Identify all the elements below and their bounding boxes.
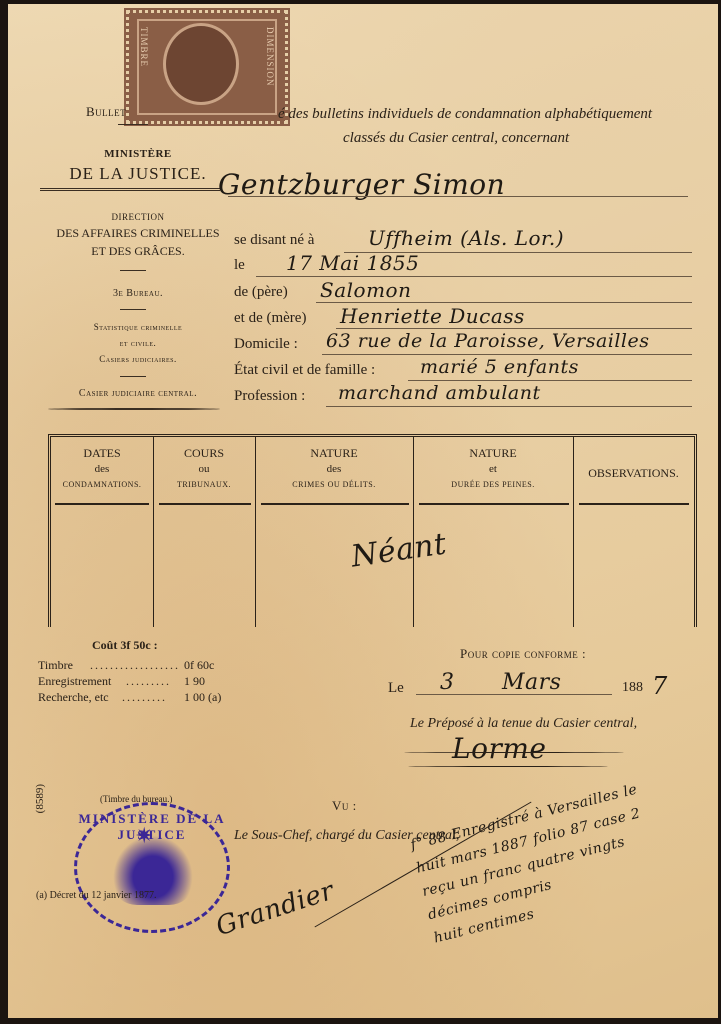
certification-year-suffix: 7 xyxy=(652,672,668,700)
direction-label: DIRECTION xyxy=(38,212,238,222)
field-domicile-label: Domicile : xyxy=(234,336,298,353)
header-title-line2: classés du Casier central, concernant xyxy=(343,130,569,147)
certification-officer: Le Préposé à la tenue du Casier central, xyxy=(410,716,637,732)
field-birthplace-label: se disant né à xyxy=(234,232,314,249)
field-domicile-value: 63 rue de la Paroisse, Versailles xyxy=(326,330,650,352)
field-civil-status-value: marié 5 enfants xyxy=(420,356,579,378)
stat-line3: Casiers judiciaires. xyxy=(38,354,238,364)
cost-item-stamp-label: Timbre xyxy=(38,658,73,673)
direction-line2: ET DES GRÂCES. xyxy=(30,244,246,259)
field-birthplace-value: Uffheim (Als. Lor.) xyxy=(368,226,564,250)
cost-item-search-value: 1 00 (a) xyxy=(184,690,221,705)
field-birthdate-value: 17 Mai 1855 xyxy=(286,251,419,275)
direction-line1: DES AFFAIRES CRIMINELLES xyxy=(30,226,246,241)
col-header-dates: DATESdesCONDAMNATIONS. xyxy=(51,445,153,493)
bureau-label: 3e Bureau. xyxy=(38,288,238,299)
ministry-seal: MINISTÈRE DE LA JUSTICE ✷ xyxy=(74,802,230,933)
decree-note: (a) Décret du 12 janvier 1877. xyxy=(36,890,157,901)
field-father-value: Salomon xyxy=(320,278,411,302)
col-header-observations: OBSERVATIONS. xyxy=(573,465,694,481)
casier-label: Casier judiciaire central. xyxy=(38,388,238,399)
certification-date-value: 3 Mars xyxy=(440,670,561,695)
field-profession-value: marchand ambulant xyxy=(338,382,541,404)
table-entry-none: Néant xyxy=(349,527,449,575)
certification-signature: Lorme xyxy=(452,732,546,765)
sous-chef-signature: Grandier xyxy=(212,876,338,942)
certification-date-prefix: Le xyxy=(388,680,404,697)
col-header-sentences: NATUREetDURÉE DES PEINES. xyxy=(413,445,573,493)
document-page: TIMBRE DIMENSION Bullet é des bulletins … xyxy=(8,4,718,1018)
stamp-medallion-icon xyxy=(163,23,239,105)
cost-item-registration-label: Enregistrement xyxy=(38,674,111,689)
revenue-stamp: TIMBRE DIMENSION xyxy=(126,10,288,124)
stamp-left-label: TIMBRE xyxy=(139,27,149,67)
field-mother-label: et de (mère) xyxy=(234,310,306,327)
field-mother-value: Henriette Ducass xyxy=(340,304,525,328)
field-birthdate-label: le xyxy=(234,257,245,274)
header-title-line1: é des bulletins individuels de condamnat… xyxy=(278,106,652,123)
col-header-courts: COURSouTRIBUNAUX. xyxy=(153,445,255,493)
cost-title: Coût 3f 50c : xyxy=(92,638,158,653)
ministry-label: MINISTÈRE xyxy=(48,148,228,160)
field-father-label: de (père) xyxy=(234,284,288,301)
stat-line2: et civile. xyxy=(38,338,238,348)
vu-label: Vu : xyxy=(332,798,357,814)
certification-year-prefix: 188 xyxy=(622,680,643,696)
stamp-right-label: DIMENSION xyxy=(265,27,275,87)
serial-number: (8589) xyxy=(34,784,46,813)
col-header-crimes: NATUREdesCRIMES OU DÉLITS. xyxy=(255,445,413,493)
ministry-name: DE LA JUSTICE. xyxy=(40,164,236,184)
field-civil-status-label: État civil et de famille : xyxy=(234,362,375,379)
stat-line1: Statistique criminelle xyxy=(38,322,238,332)
cost-item-registration-value: 1 90 xyxy=(184,674,205,689)
convictions-table: DATESdesCONDAMNATIONS. COURSouTRIBUNAUX.… xyxy=(48,434,697,627)
cost-item-search-label: Recherche, etc xyxy=(38,690,109,705)
certification-heading: Pour copie conforme : xyxy=(460,646,586,662)
field-profession-label: Profession : xyxy=(234,388,305,405)
bulletin-prefix: Bullet xyxy=(86,104,126,120)
registration-note: f° 88 Enregistré à Versailles le huit ma… xyxy=(408,759,721,950)
cost-item-stamp-value: 0f 60c xyxy=(184,658,214,673)
